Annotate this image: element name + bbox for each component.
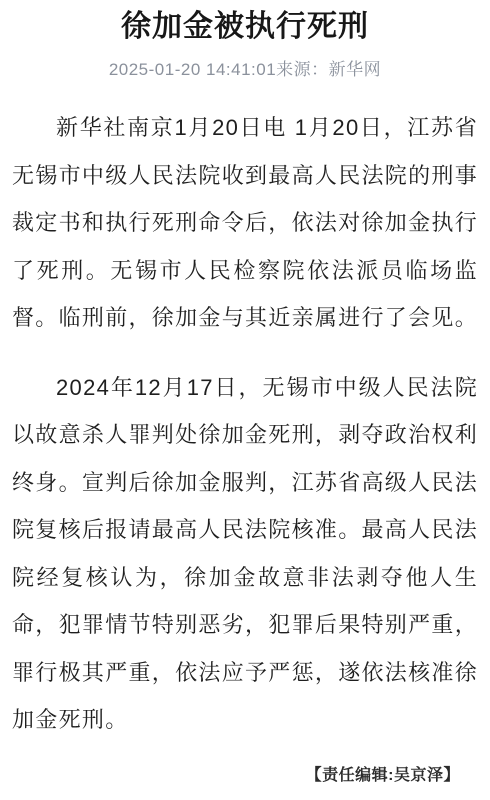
publish-datetime: 2025-01-20 14:41:01: [109, 60, 276, 79]
article-page: 徐加金被执行死刑 2025-01-20 14:41:01来源：新华网 新华社南京…: [0, 0, 490, 800]
article-meta: 2025-01-20 14:41:01来源：新华网: [0, 60, 490, 80]
article-paragraph: 新华社南京1月20日电 1月20日，江苏省无锡市中级人民法院收到最高人民法院的刑…: [12, 104, 478, 342]
editor-credit: 【责任编辑:吴京泽】: [0, 764, 490, 788]
article-paragraph: 2024年12月17日，无锡市中级人民法院以故意杀人罪判处徐加金死刑，剥夺政治权…: [12, 364, 478, 744]
article-title: 徐加金被执行死刑: [0, 0, 490, 47]
article-body: 新华社南京1月20日电 1月20日，江苏省无锡市中级人民法院收到最高人民法院的刑…: [0, 104, 490, 744]
source-name: 新华网: [329, 60, 382, 79]
source-label: 来源：: [276, 60, 329, 79]
